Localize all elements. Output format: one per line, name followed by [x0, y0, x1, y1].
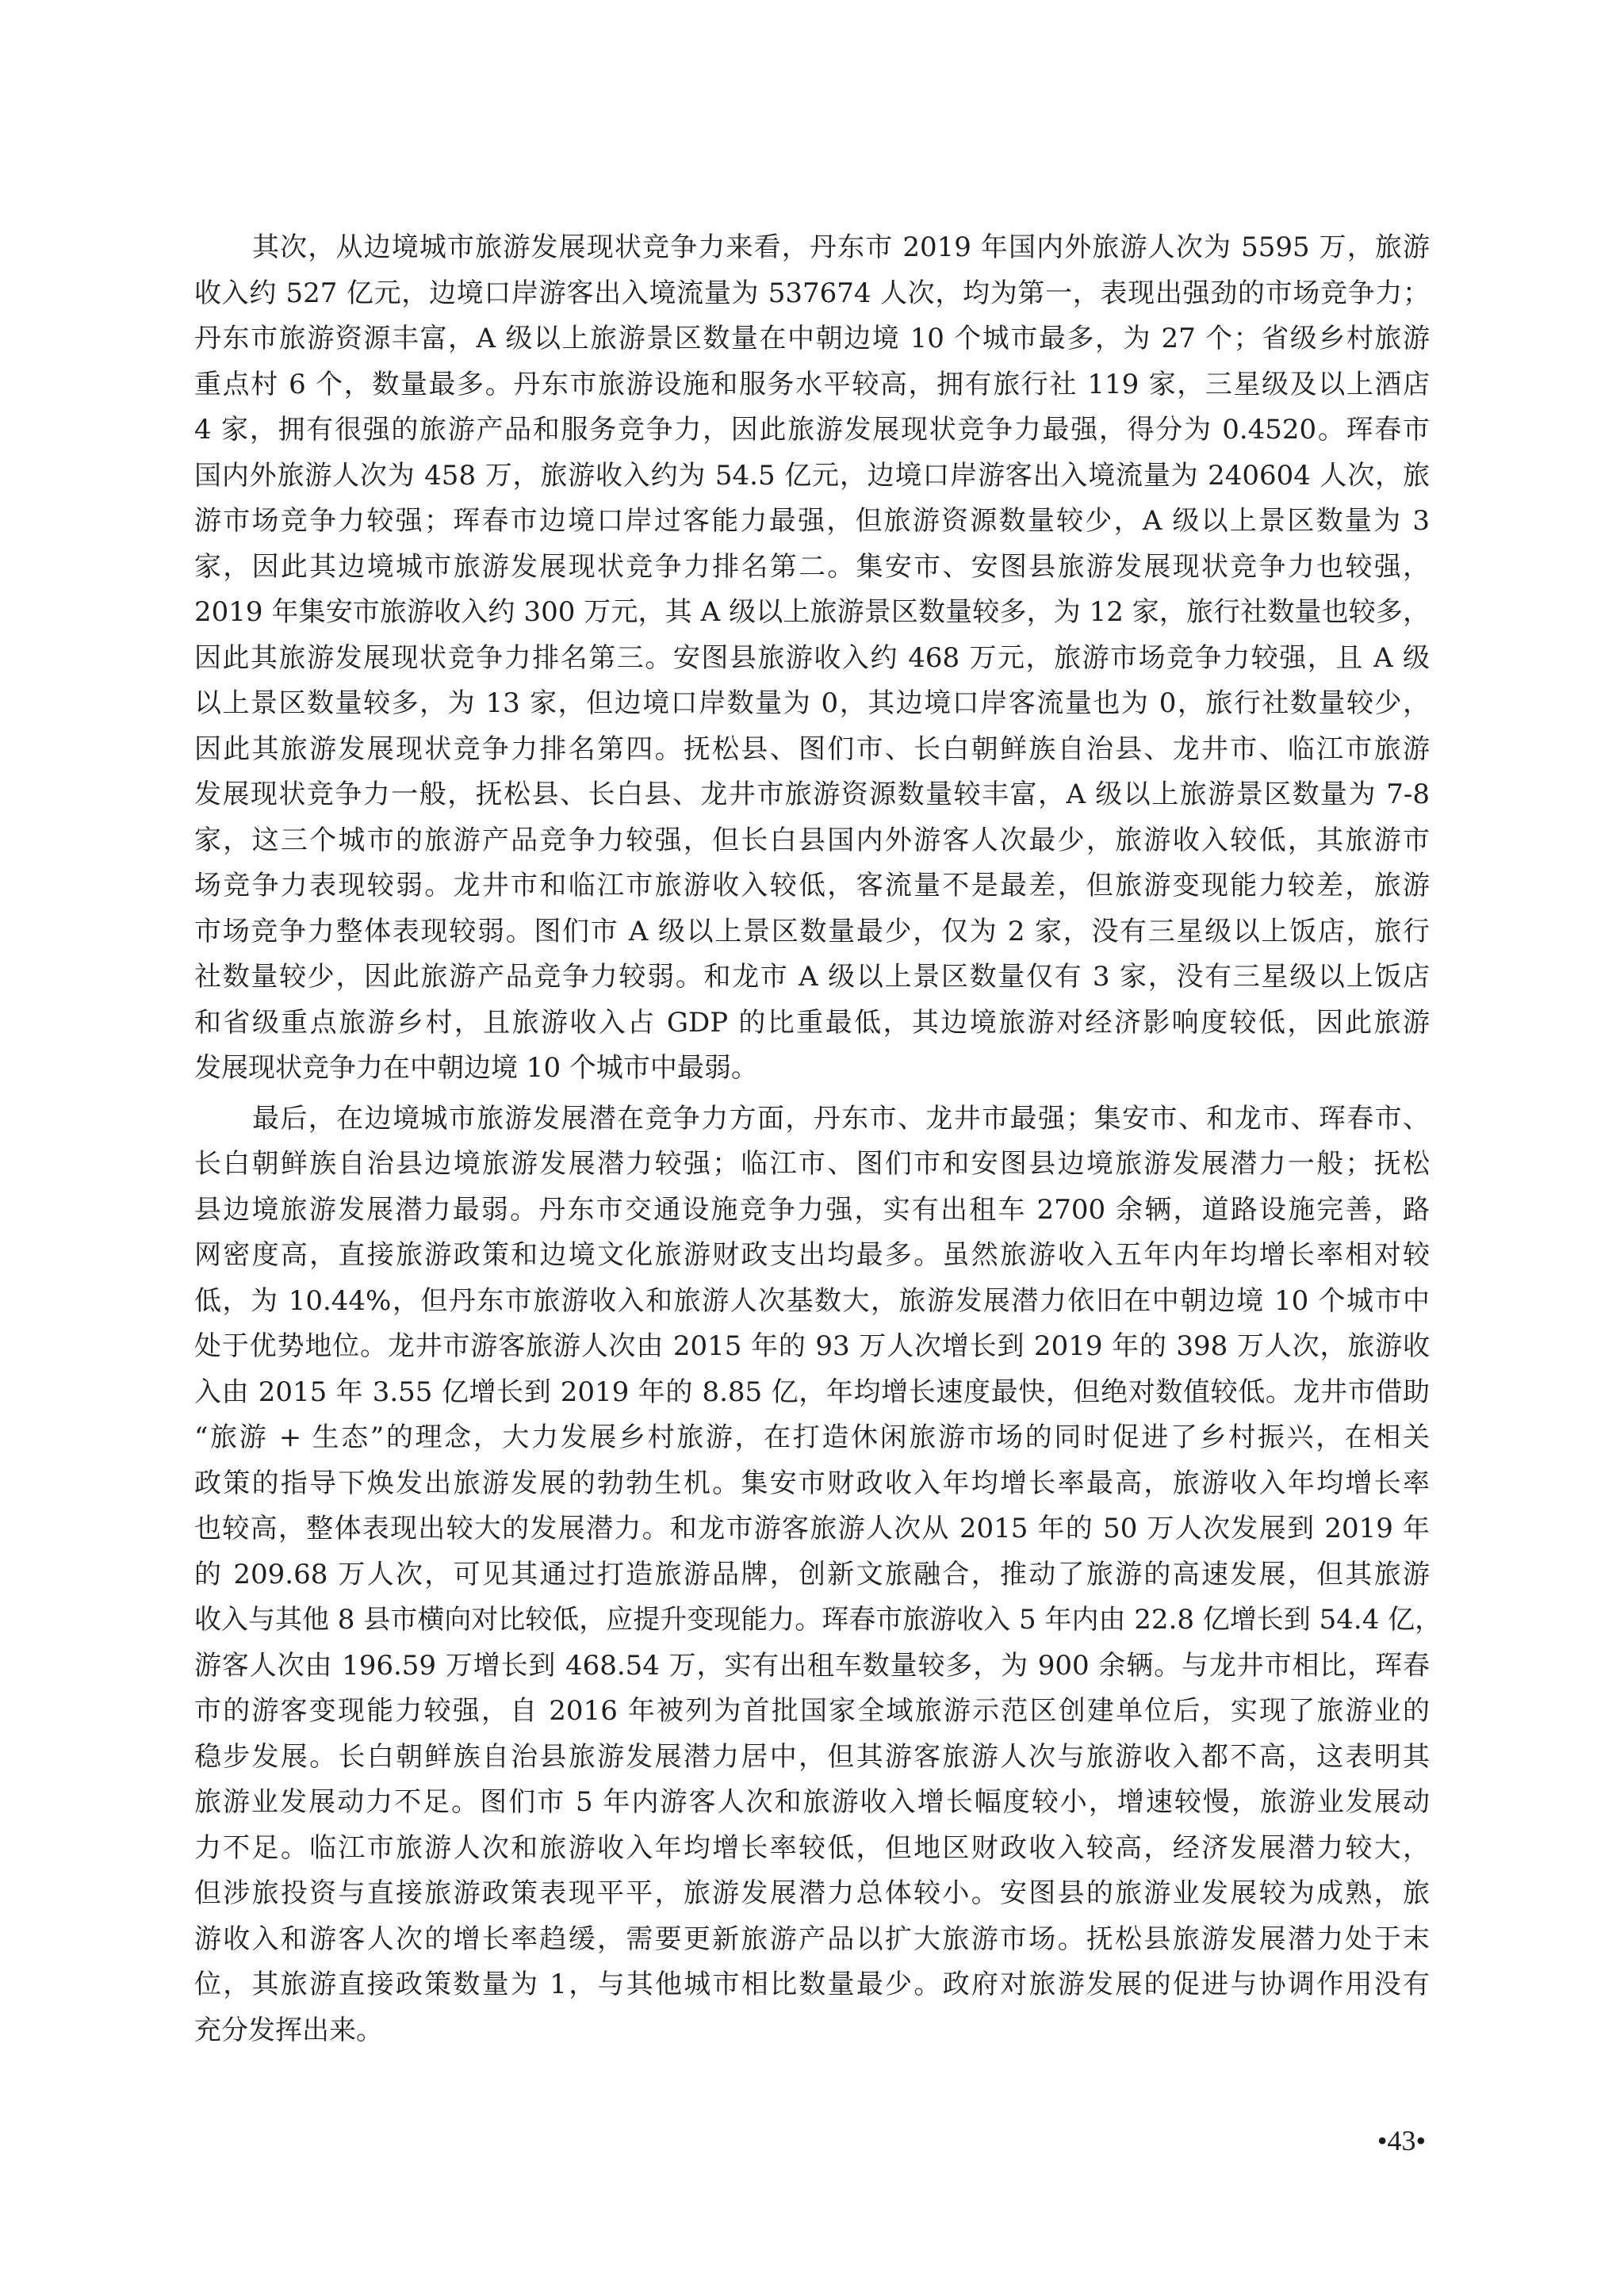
- text-line: 稳步发展。长白朝鲜族自治县旅游发展潜力居中，但其游客旅游人次与旅游收入都不高，这…: [194, 1735, 1430, 1781]
- text-line: 力不足。临江市旅游人次和旅游收入年均增长率较低，但地区财政收入较高，经济发展潜力…: [194, 1826, 1430, 1872]
- page-number: •43•: [1372, 2123, 1431, 2158]
- text-line: 的 209.68 万人次，可见其通过打造旅游品牌，创新文旅融合，推动了旅游的高速…: [194, 1552, 1430, 1598]
- text-line: 旅游业发展动力不足。图们市 5 年内游客人次和旅游收入增长幅度较小，增速较慢，旅…: [194, 1780, 1430, 1826]
- text-line: 游客人次由 196.59 万增长到 468.54 万，实有出租车数量较多，为 9…: [194, 1644, 1430, 1689]
- text-line: 4 家，拥有很强的旅游产品和服务竞争力，因此旅游发展现状竞争力最强，得分为 0.…: [194, 408, 1430, 453]
- text-line: 以上景区数量较多，为 13 家，但边境口岸数量为 0，其边境口岸客流量也为 0，…: [194, 681, 1430, 727]
- text-line: 最后，在边境城市旅游发展潜在竞争力方面，丹东市、龙井市最强；集安市、和龙市、珲春…: [194, 1096, 1430, 1142]
- text-line: “旅游 + 生态”的理念，大力发展乡村旅游，在打造休闲旅游市场的同时促进了乡村振…: [194, 1415, 1430, 1461]
- text-line: 低，为 10.44%，但丹东市旅游收入和旅游人次基数大，旅游发展潜力依旧在中朝边…: [194, 1279, 1430, 1325]
- text-line: 场竞争力表现较弱。龙井市和临江市旅游收入较低，客流量不是最差，但旅游变现能力较差…: [194, 863, 1430, 909]
- text-line: 入由 2015 年 3.55 亿增长到 2019 年的 8.85 亿，年均增长速…: [194, 1370, 1430, 1416]
- paragraph-current-competitiveness: 其次，从边境城市旅游发展现状竞争力来看，丹东市 2019 年国内外旅游人次为 5…: [194, 225, 1430, 1092]
- text-line: 市场竞争力整体表现较弱。图们市 A 级以上景区数量最少，仅为 2 家，没有三星级…: [194, 909, 1430, 955]
- text-line: 市的游客变现能力较强，自 2016 年被列为首批国家全域旅游示范区创建单位后，实…: [194, 1689, 1430, 1735]
- text-line: 处于优势地位。龙井市游客旅游人次由 2015 年的 93 万人次增长到 2019…: [194, 1324, 1430, 1370]
- document-page: 其次，从边境城市旅游发展现状竞争力来看，丹东市 2019 年国内外旅游人次为 5…: [0, 0, 1624, 2296]
- text-line: 发展现状竞争力在中朝边境 10 个城市中最弱。: [194, 1046, 1430, 1092]
- text-line: 2019 年集安市旅游收入约 300 万元，其 A 级以上旅游景区数量较多，为 …: [194, 590, 1430, 636]
- text-line: 其次，从边境城市旅游发展现状竞争力来看，丹东市 2019 年国内外旅游人次为 5…: [194, 225, 1430, 271]
- text-line: 县边境旅游发展潜力最弱。丹东市交通设施竞争力强，实有出租车 2700 余辆，道路…: [194, 1188, 1430, 1234]
- text-line: 收入与其他 8 县市横向对比较低，应提升变现能力。珲春市旅游收入 5 年内由 2…: [194, 1598, 1430, 1644]
- text-line: 网密度高，直接旅游政策和边境文化旅游财政支出均最多。虽然旅游收入五年内年均增长率…: [194, 1233, 1430, 1279]
- text-line: 重点村 6 个，数量最多。丹东市旅游设施和服务水平较高，拥有旅行社 119 家，…: [194, 362, 1430, 408]
- text-line: 位，其旅游直接政策数量为 1，与其他城市相比数量最少。政府对旅游发展的促进与协调…: [194, 1962, 1430, 2008]
- text-line: 但涉旅投资与直接旅游政策表现平平，旅游发展潜力总体较小。安图县的旅游业发展较为成…: [194, 1871, 1430, 1917]
- text-line: 因此其旅游发展现状竞争力排名第四。抚松县、图们市、长白朝鲜族自治县、龙井市、临江…: [194, 727, 1430, 773]
- text-line: 社数量较少，因此旅游产品竞争力较弱。和龙市 A 级以上景区数量仅有 3 家，没有…: [194, 955, 1430, 1001]
- text-line: 丹东市旅游资源丰富，A 级以上旅游景区数量在中朝边境 10 个城市最多，为 27…: [194, 316, 1430, 362]
- text-line: 政策的指导下焕发出旅游发展的勃勃生机。集安市财政收入年均增长率最高，旅游收入年均…: [194, 1461, 1430, 1507]
- text-line: 和省级重点旅游乡村，且旅游收入占 GDP 的比重最低，其边境旅游对经济影响度较低…: [194, 1001, 1430, 1047]
- text-line: 家，因此其边境城市旅游发展现状竞争力排名第二。集安市、安图县旅游发展现状竞争力也…: [194, 545, 1430, 591]
- text-line: 游收入和游客人次的增长率趋缓，需要更新旅游产品以扩大旅游市场。抚松县旅游发展潜力…: [194, 1917, 1430, 1963]
- text-line: 充分发挥出来。: [194, 2008, 1430, 2054]
- paragraph-potential-competitiveness: 最后，在边境城市旅游发展潜在竞争力方面，丹东市、龙井市最强；集安市、和龙市、珲春…: [194, 1096, 1430, 2054]
- text-line: 收入约 527 亿元，边境口岸游客出入境流量为 537674 人次，均为第一，表…: [194, 271, 1430, 317]
- text-line: 因此其旅游发展现状竞争力排名第三。安图县旅游收入约 468 万元，旅游市场竞争力…: [194, 636, 1430, 682]
- text-line: 家，这三个城市的旅游产品竞争力较强，但长白县国内外游客人次最少，旅游收入较低，其…: [194, 818, 1430, 864]
- text-line: 也较高，整体表现出较大的发展潜力。和龙市游客旅游人次从 2015 年的 50 万…: [194, 1506, 1430, 1552]
- text-line: 长白朝鲜族自治县边境旅游发展潜力较强；临江市、图们市和安图县边境旅游发展潜力一般…: [194, 1142, 1430, 1188]
- body-text: 其次，从边境城市旅游发展现状竞争力来看，丹东市 2019 年国内外旅游人次为 5…: [194, 225, 1430, 2053]
- text-line: 国内外旅游人次为 458 万，旅游收入约为 54.5 亿元，边境口岸游客出入境流…: [194, 453, 1430, 499]
- text-line: 发展现状竞争力一般，抚松县、长白县、龙井市旅游资源数量较丰富，A 级以上旅游景区…: [194, 772, 1430, 818]
- text-line: 游市场竞争力较强；珲春市边境口岸过客能力最强，但旅游资源数量较少，A 级以上景区…: [194, 499, 1430, 545]
